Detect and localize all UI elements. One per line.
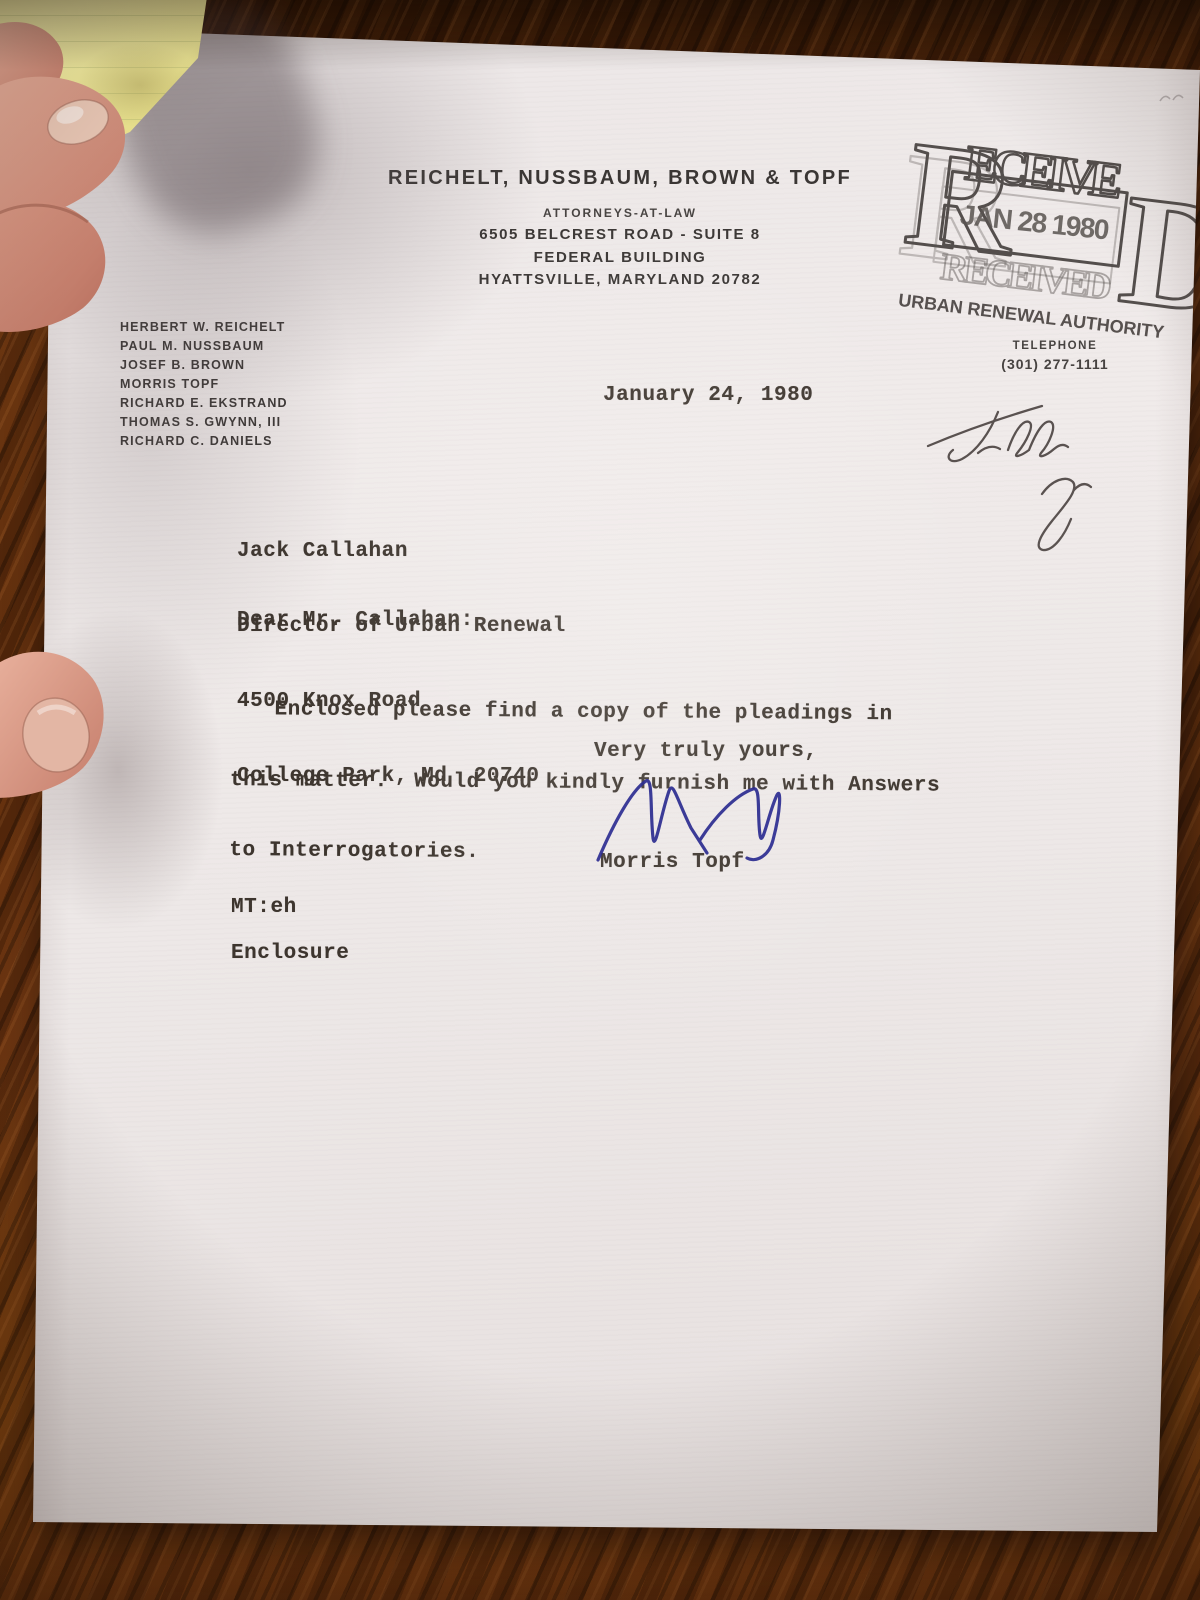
attorney-name: RICHARD C. DANIELS <box>120 432 288 451</box>
letter-body: Enclosed please find a copy of the plead… <box>229 651 941 915</box>
salutation: Dear Mr. Callahan: <box>237 609 474 632</box>
letter-date: January 24, 1980 <box>603 384 813 407</box>
letter-paper-wrap: REICHELT, NUSSBAUM, BROWN & TOPF ATTORNE… <box>0 0 1200 1600</box>
signer-typed-name: Morris Topf <box>600 851 745 874</box>
firm-name: REICHELT, NUSSBAUM, BROWN & TOPF <box>330 167 910 190</box>
body-line: to Interrogatories. <box>229 839 939 868</box>
attorney-name: RICHARD E. EKSTRAND <box>120 394 288 413</box>
body-line: Enclosed please find a copy of the plead… <box>230 698 940 727</box>
attorney-name: MORRIS TOPF <box>120 375 288 394</box>
attorney-name: PAUL M. NUSSBAUM <box>120 337 288 356</box>
firm-tagline: ATTORNEYS-AT-LAW <box>330 206 910 220</box>
firm-address-line2: FEDERAL BUILDING <box>330 249 910 266</box>
reference-initials: MT:eh <box>231 896 297 919</box>
received-stamp: R RECEIVED R ECEIVE D JAN 28 1980 URBAN … <box>884 108 1200 373</box>
firm-address-line1: 6505 BELCREST ROAD - SUITE 8 <box>330 226 910 243</box>
attorney-name: HERBERT W. REICHELT <box>120 318 288 337</box>
letter-paper: REICHELT, NUSSBAUM, BROWN & TOPF ATTORNE… <box>0 0 1200 1600</box>
attorney-name: THOMAS S. GWYNN, III <box>120 413 288 432</box>
body-line: this matter. Would you kindly furnish me… <box>230 768 940 797</box>
enclosure-note: Enclosure <box>231 942 349 965</box>
attorney-name: JOSEF B. BROWN <box>120 356 288 375</box>
recipient-name: Jack Callahan <box>237 539 566 564</box>
attorneys-list: HERBERT W. REICHELT PAUL M. NUSSBAUM JOS… <box>120 318 288 451</box>
firm-address-line3: HYATTSVILLE, MARYLAND 20782 <box>330 271 910 288</box>
closing: Very truly yours, <box>594 740 818 763</box>
photo-of-letter: REICHELT, NUSSBAUM, BROWN & TOPF ATTORNE… <box>0 0 1200 1600</box>
